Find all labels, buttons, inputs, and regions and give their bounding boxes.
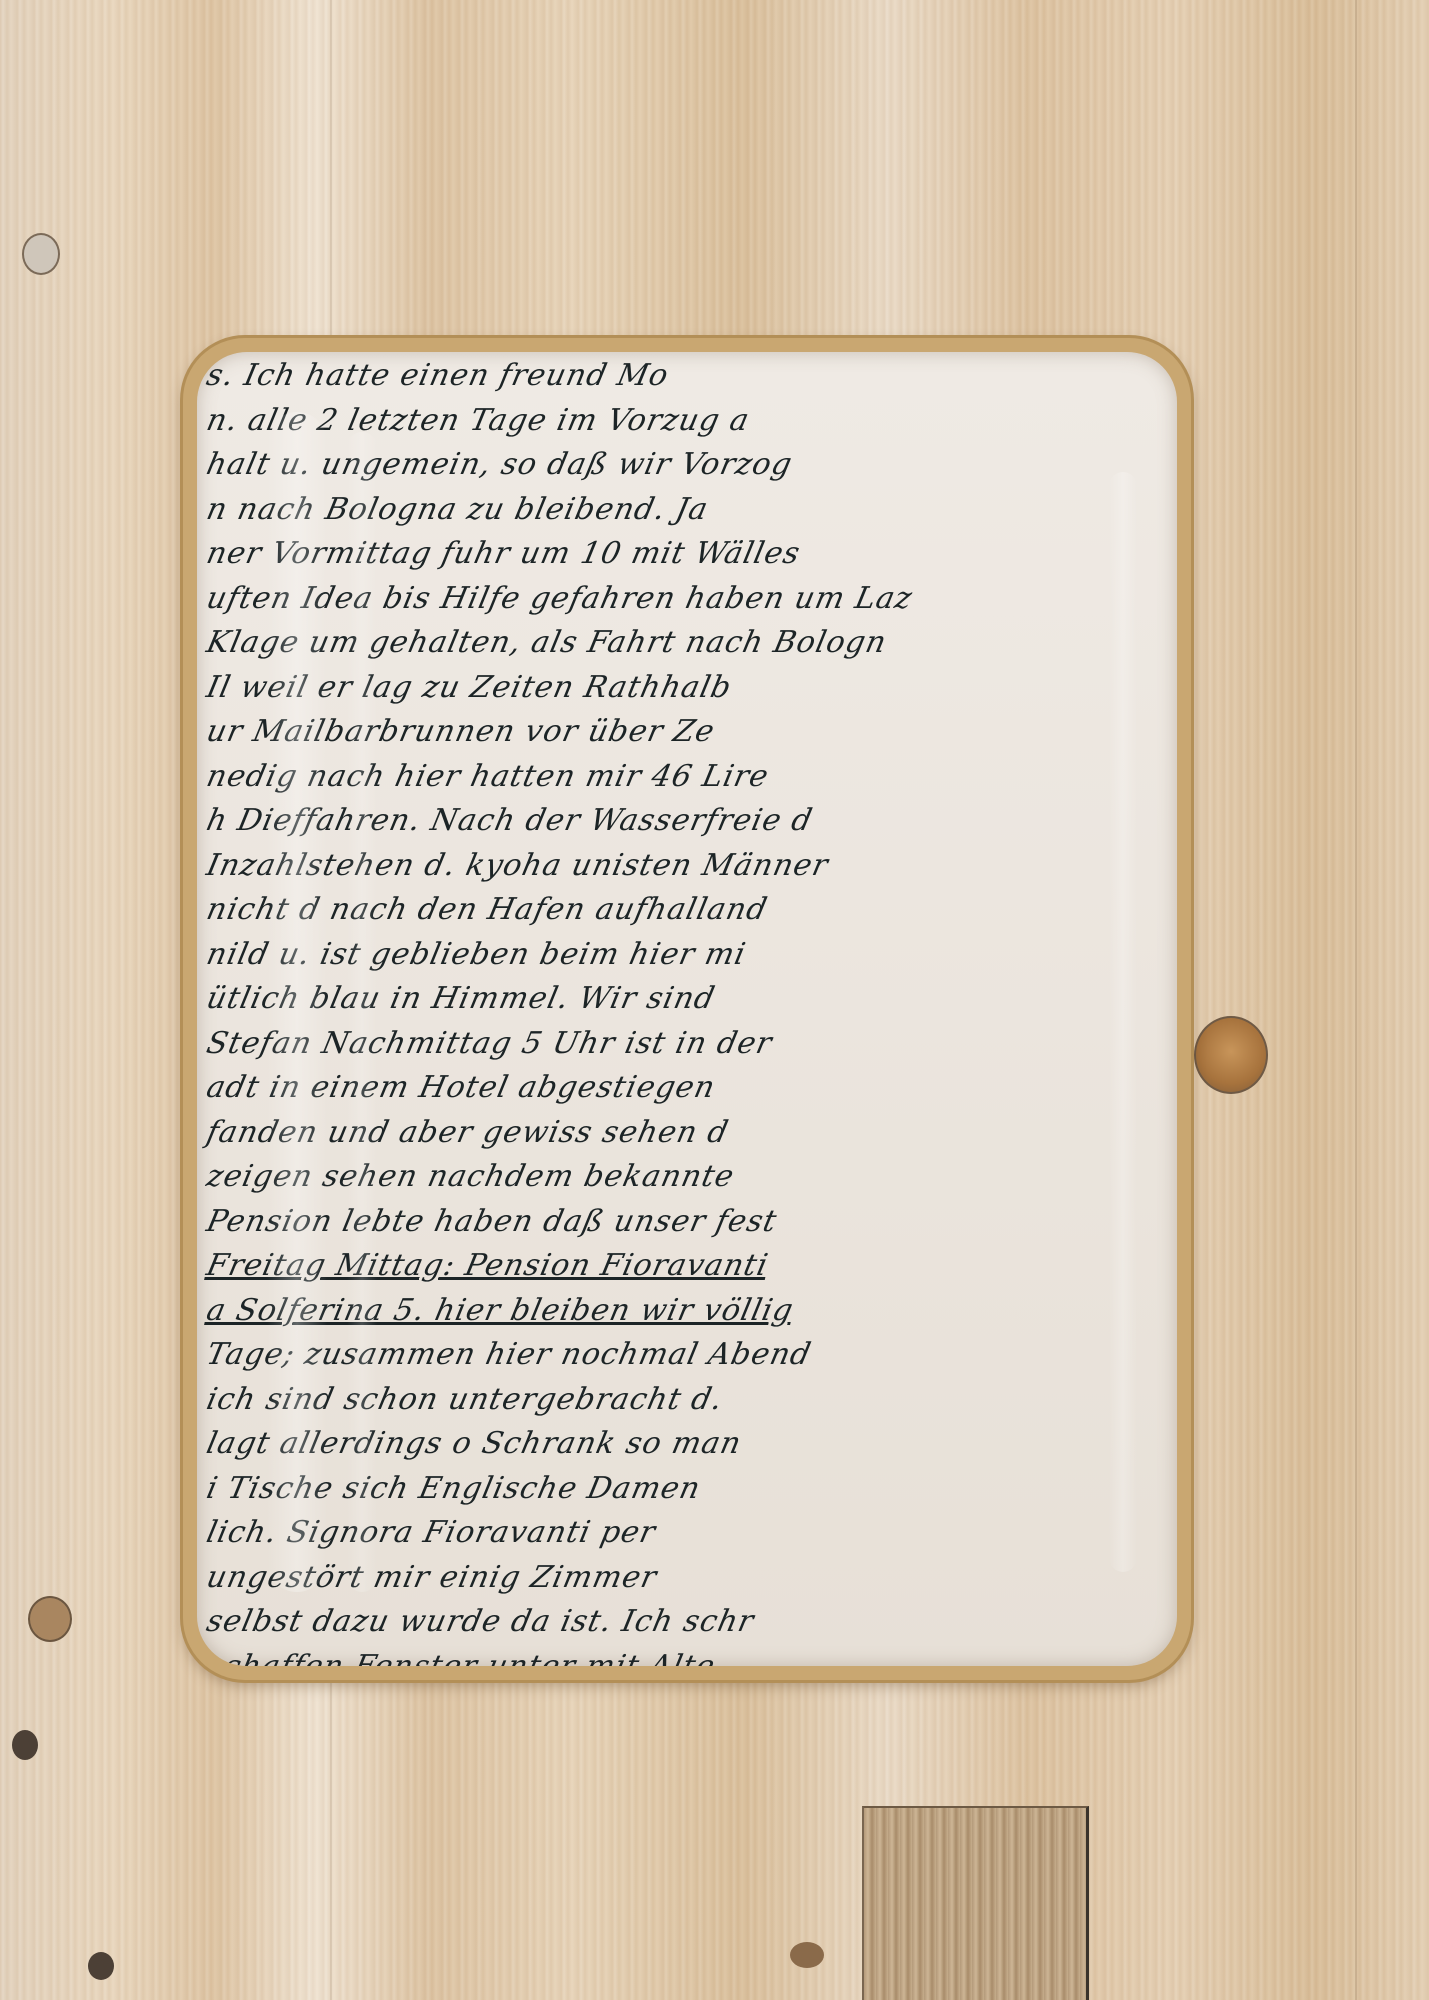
- tray-surface: s. Ich hatte einen freund Mon. alle 2 le…: [197, 352, 1177, 1666]
- script-line: s. Ich hatte einen freund Mo: [197, 354, 1177, 399]
- script-line: Freitag Mittag: Pension Fioravanti: [197, 1244, 1177, 1289]
- script-line: Il weil er lag zu Zeiten Rathhalb: [197, 666, 1177, 711]
- script-line: Pension lebte haben daß unser fest: [197, 1200, 1177, 1245]
- script-line: schaffen Fenster unter mit Alte: [197, 1645, 1177, 1667]
- script-line: lagt allerdings o Schrank so man: [197, 1422, 1177, 1467]
- script-line: adt in einem Hotel abgestiegen: [197, 1066, 1177, 1111]
- script-line: ütlich blau in Himmel. Wir sind: [197, 977, 1177, 1022]
- script-line: ner Vormittag fuhr um 10 mit Wälles: [197, 532, 1177, 577]
- wood-knot: [88, 1952, 114, 1980]
- script-line: ungestört mir einig Zimmer: [197, 1556, 1177, 1601]
- script-line: Inzahlstehen d. kyoha unisten Männer: [197, 844, 1177, 889]
- script-line: Tage; zusammen hier nochmal Abend: [197, 1333, 1177, 1378]
- script-line: Stefan Nachmittag 5 Uhr ist in der: [197, 1022, 1177, 1067]
- glare-reflection: [347, 432, 377, 1592]
- script-line: selbst dazu wurde da ist. Ich schr: [197, 1600, 1177, 1645]
- wood-patch: [862, 1806, 1089, 2000]
- script-line: ur Mailbarbrunnen vor über Ze: [197, 710, 1177, 755]
- plank-seam: [1355, 0, 1357, 2000]
- script-line: zeigen sehen nachdem bekannte: [197, 1155, 1177, 1200]
- script-line: fanden und aber gewiss sehen d: [197, 1111, 1177, 1156]
- wood-knot: [12, 1730, 38, 1760]
- script-line: nicht d nach den Hafen aufhalland: [197, 888, 1177, 933]
- glare-reflection: [1109, 472, 1137, 1572]
- script-line: ich sind schon untergebracht d.: [197, 1378, 1177, 1423]
- script-line: lich. Signora Fioravanti per: [197, 1511, 1177, 1556]
- glare-reflection: [267, 412, 327, 1592]
- wood-knot: [1194, 1016, 1268, 1094]
- script-line: Klage um gehalten, als Fahrt nach Bologn: [197, 621, 1177, 666]
- wood-knot: [790, 1942, 824, 1968]
- script-line: n. alle 2 letzten Tage im Vorzug a: [197, 399, 1177, 444]
- script-line: h Dieffahren. Nach der Wasserfreie d: [197, 799, 1177, 844]
- script-line: halt u. ungemein, so daß wir Vorzog: [197, 443, 1177, 488]
- wood-knot: [28, 1596, 72, 1642]
- script-line: n nach Bologna zu bleibend. Ja: [197, 488, 1177, 533]
- script-line: nild u. ist geblieben beim hier mi: [197, 933, 1177, 978]
- script-line: uften Idea bis Hilfe gefahren haben um L…: [197, 577, 1177, 622]
- script-line: a Solferina 5. hier bleiben wir völlig: [197, 1289, 1177, 1334]
- script-line: nedig nach hier hatten mir 46 Lire: [197, 755, 1177, 800]
- wood-knot: [22, 233, 60, 275]
- enamel-tray: s. Ich hatte einen freund Mon. alle 2 le…: [183, 338, 1191, 1680]
- script-line: i Tische sich Englische Damen: [197, 1467, 1177, 1512]
